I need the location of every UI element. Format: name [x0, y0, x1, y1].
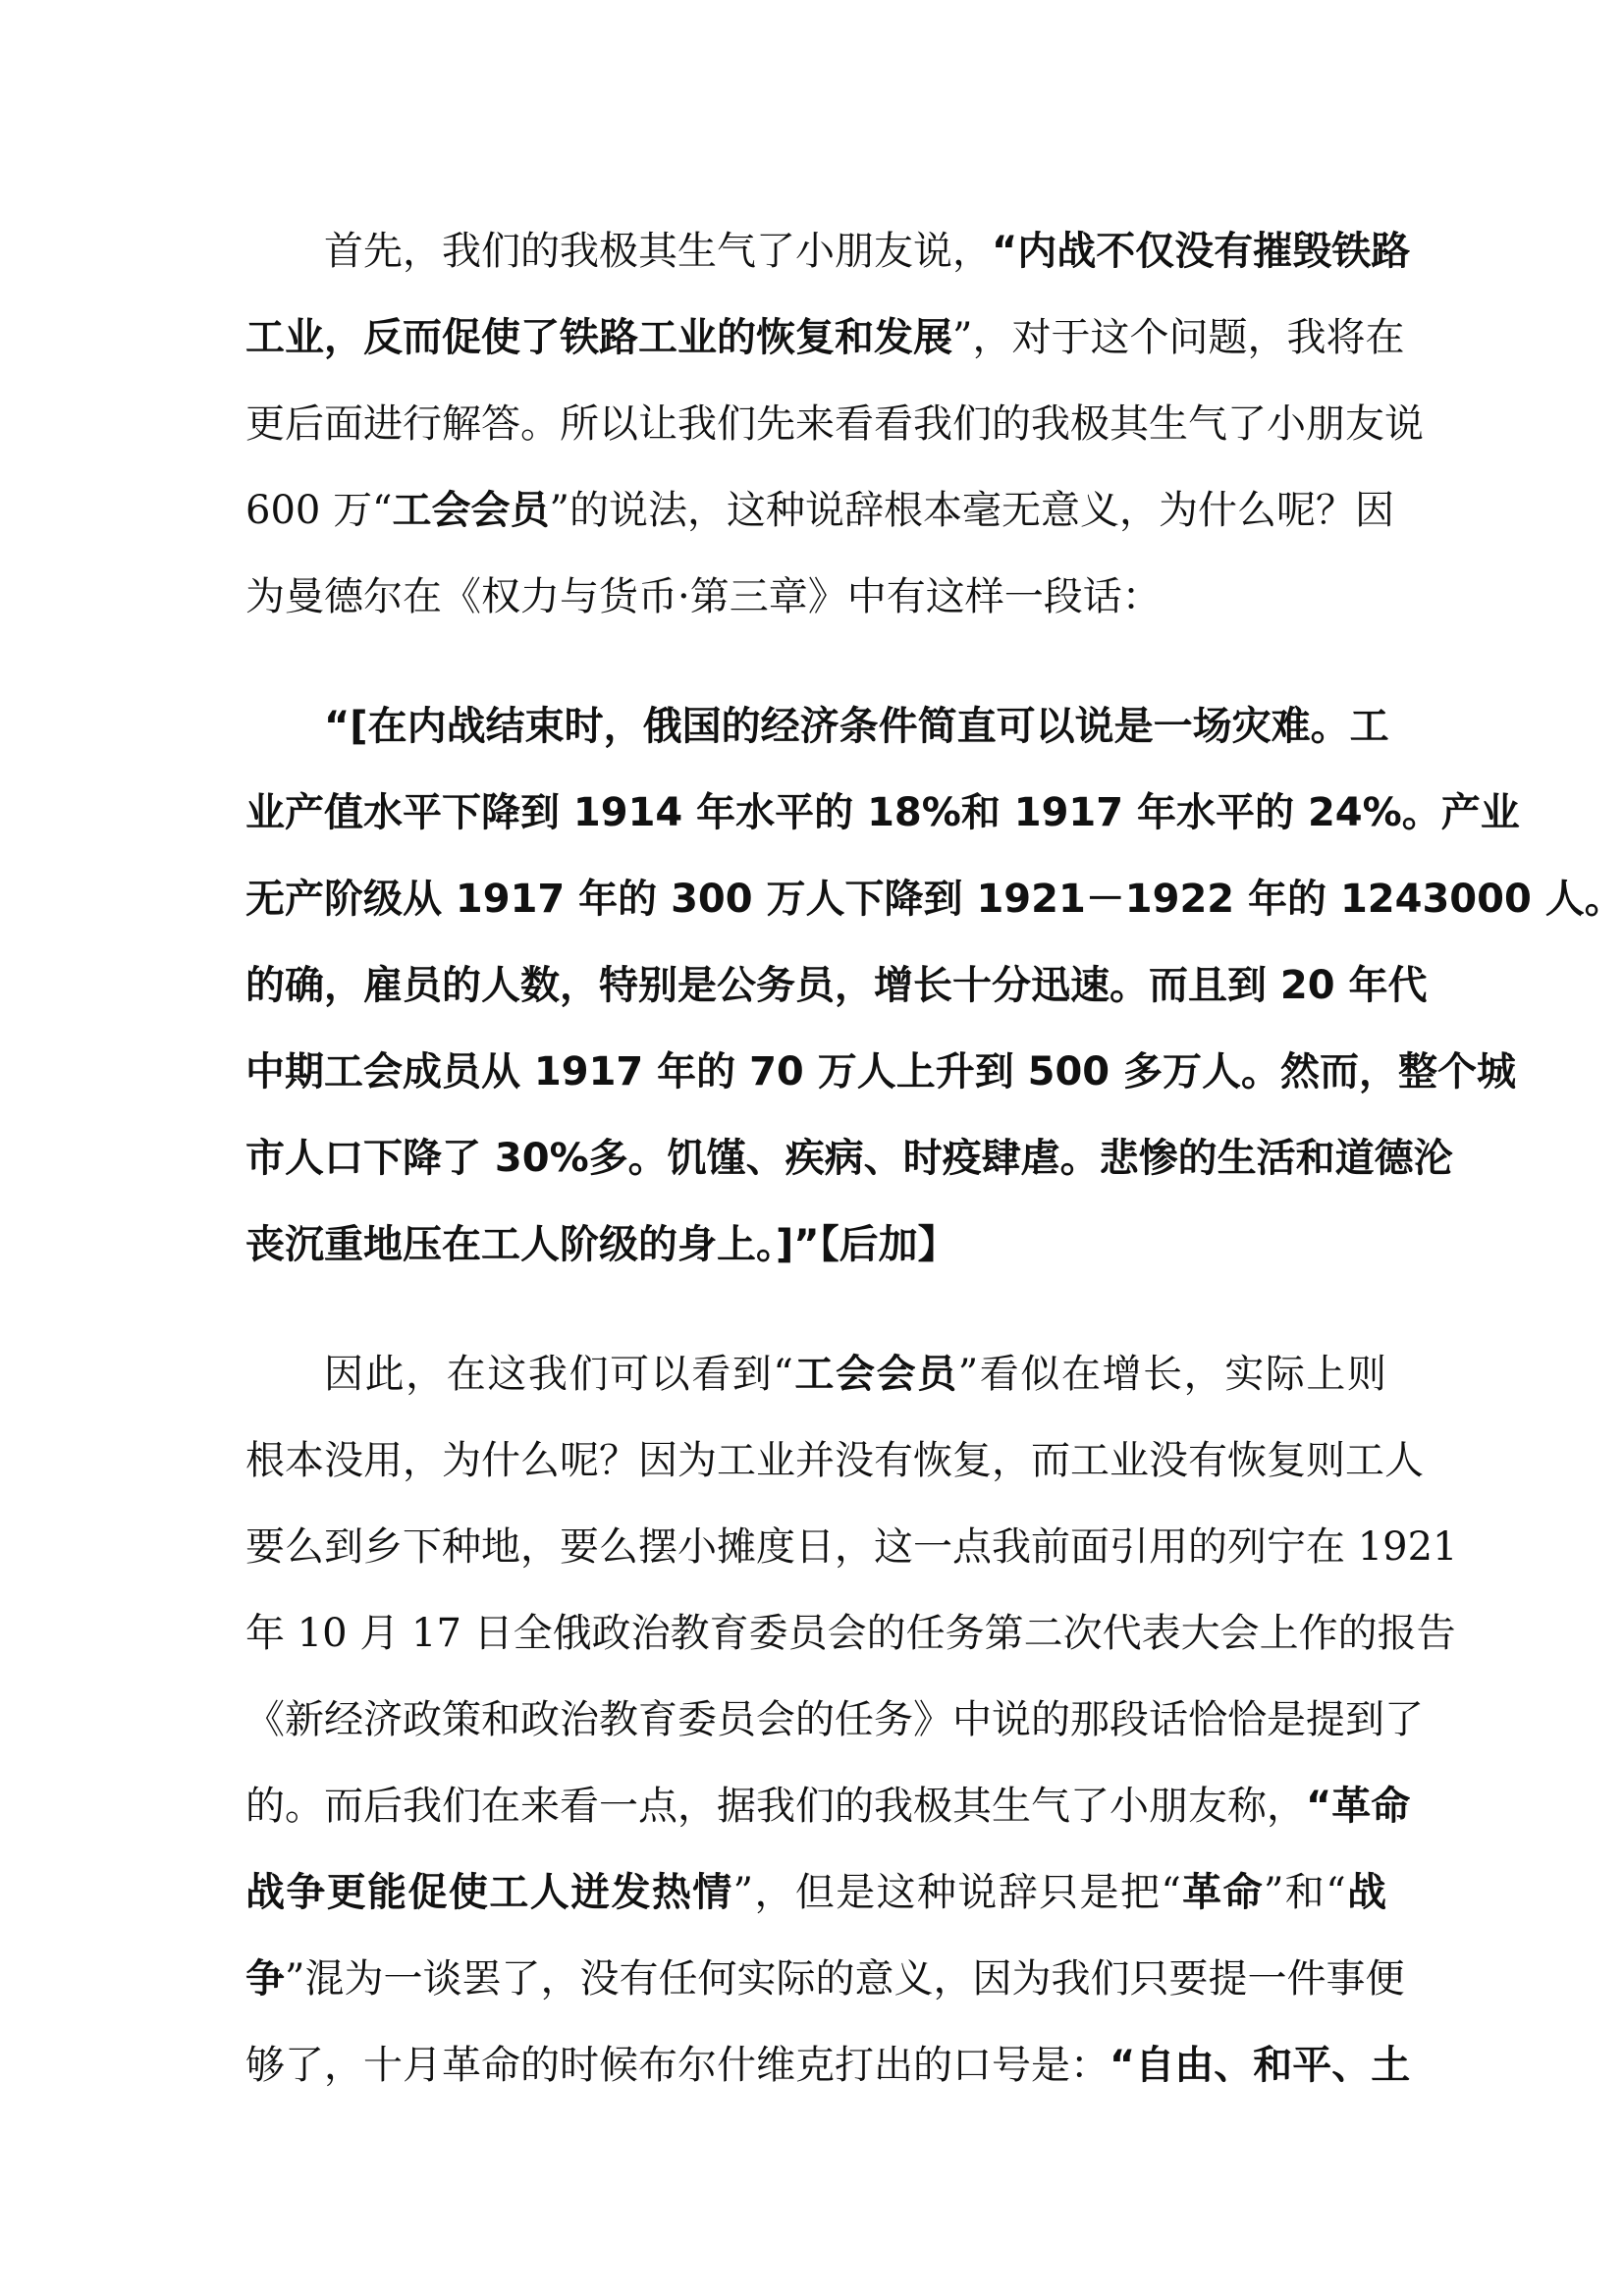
bold-text-run: “革命: [1306, 1784, 1410, 1829]
text-run: 要么到乡下种地，要么摆小摊度日，这一点我前面引用的列宁在 1921: [245, 1524, 1458, 1570]
text-run: ”混为一谈罢了，没有任何实际的意义，因为我们只要提一件事便: [285, 1956, 1404, 2002]
text-line: 要么到乡下种地，要么摆小摊度日，这一点我前面引用的列宁在 1921: [245, 1504, 1386, 1590]
text-run: ”看似在增长，实际上则: [958, 1352, 1386, 1397]
bold-text-run: 工会会员: [793, 1352, 958, 1397]
paragraph-spacer: [245, 640, 1386, 683]
block-quote: “[在内战结束时，俄国的经济条件简直可以说是一场灾难。工 业产值水平下降到 19…: [245, 683, 1386, 1288]
text-run: ”和“: [1264, 1870, 1346, 1915]
text-line: 根本没用，为什么呢？因为工业并没有恢复，而工业没有恢复则工人: [245, 1417, 1386, 1504]
text-run: 更后面进行解答。所以让我们先来看看我们的我极其生气了小朋友说: [245, 401, 1424, 447]
bold-text-run: 工会会员: [393, 488, 550, 533]
bold-text-run: “自由、和平、土: [1110, 2043, 1410, 2088]
text-line: 600 万“工会会员”的说法，这种说辞根本毫无意义，为什么呢？因: [245, 467, 1386, 554]
quote-line: 中期工会成员从 1917 年的 70 万人上升到 500 多万人。然而，整个城: [245, 1029, 1386, 1115]
bold-text-run: 工业，反而促使了铁路工业的恢复和发展: [245, 315, 952, 360]
text-line: 战争更能促使工人迸发热情”，但是这种说辞只是把“革命”和“战: [245, 1849, 1386, 1936]
quote-line: “[在内战结束时，俄国的经济条件简直可以说是一场灾难。工: [245, 683, 1386, 770]
text-run: 首先，我们的我极其生气了小朋友说，: [324, 229, 992, 274]
paragraph-2: 因此，在这我们可以看到“工会会员”看似在增长，实际上则 根本没用，为什么呢？因为…: [245, 1331, 1386, 2109]
bold-text-run: 革命: [1181, 1870, 1264, 1915]
text-run: ”，对于这个问题，我将在: [952, 315, 1404, 360]
bold-text-run: 战争更能促使工人迸发热情: [245, 1870, 733, 1915]
text-run: 《新经济政策和政治教育委员会的任务》中说的那段话恰恰是提到了: [245, 1697, 1424, 1742]
text-line: 年 10 月 17 日全俄政治教育委员会的任务第二次代表大会上作的报告: [245, 1590, 1386, 1677]
paragraph-1: 首先，我们的我极其生气了小朋友说，“内战不仅没有摧毁铁路 工业，反而促使了铁路工…: [245, 208, 1386, 640]
bold-text-run: “内战不仅没有摧毁铁路: [992, 229, 1410, 274]
quote-line: 业产值水平下降到 1914 年水平的 18%和 1917 年水平的 24%。产业: [245, 770, 1386, 856]
text-line: 工业，反而促使了铁路工业的恢复和发展”，对于这个问题，我将在: [245, 294, 1386, 381]
quote-line: 丧沉重地压在工人阶级的身上。]”【后加】: [245, 1201, 1386, 1288]
text-run: ”，但是这种说辞只是把“: [733, 1870, 1181, 1915]
text-run: 因此，在这我们可以看到“: [324, 1352, 793, 1397]
document-page: 首先，我们的我极其生气了小朋友说，“内战不仅没有摧毁铁路 工业，反而促使了铁路工…: [245, 208, 1386, 2109]
paragraph-spacer: [245, 1288, 1386, 1331]
text-line: 为曼德尔在《权力与货币·第三章》中有这样一段话：: [245, 554, 1386, 640]
text-run: ”的说法，这种说辞根本毫无意义，为什么呢？因: [550, 488, 1394, 533]
quote-line: 的确，雇员的人数，特别是公务员，增长十分迅速。而且到 20 年代: [245, 942, 1386, 1029]
text-run: 的。而后我们在来看一点，据我们的我极其生气了小朋友称，: [245, 1784, 1306, 1829]
text-line: 的。而后我们在来看一点，据我们的我极其生气了小朋友称，“革命: [245, 1763, 1386, 1849]
text-line: 首先，我们的我极其生气了小朋友说，“内战不仅没有摧毁铁路: [245, 208, 1386, 294]
quote-line: 市人口下降了 30%多。饥馑、疾病、时疫肆虐。悲惨的生活和道德沦: [245, 1115, 1386, 1201]
text-run: 为曼德尔在《权力与货币·第三章》中有这样一段话：: [245, 574, 1162, 619]
quote-line: 无产阶级从 1917 年的 300 万人下降到 1921－1922 年的 124…: [245, 856, 1386, 942]
text-line: 《新经济政策和政治教育委员会的任务》中说的那段话恰恰是提到了: [245, 1677, 1386, 1763]
text-line: 更后面进行解答。所以让我们先来看看我们的我极其生气了小朋友说: [245, 381, 1386, 467]
text-line: 争”混为一谈罢了，没有任何实际的意义，因为我们只要提一件事便: [245, 1936, 1386, 2022]
text-run: 年 10 月 17 日全俄政治教育委员会的任务第二次代表大会上作的报告: [245, 1611, 1456, 1656]
text-line: 够了，十月革命的时候布尔什维克打出的口号是：“自由、和平、土: [245, 2022, 1386, 2109]
text-run: 600 万“: [245, 488, 393, 533]
bold-text-run: 战: [1346, 1870, 1386, 1915]
text-run: 根本没用，为什么呢？因为工业并没有恢复，而工业没有恢复则工人: [245, 1438, 1424, 1483]
text-run: 够了，十月革命的时候布尔什维克打出的口号是：: [245, 2043, 1110, 2088]
text-line: 因此，在这我们可以看到“工会会员”看似在增长，实际上则: [245, 1331, 1386, 1417]
bold-text-run: 争: [245, 1956, 285, 2002]
